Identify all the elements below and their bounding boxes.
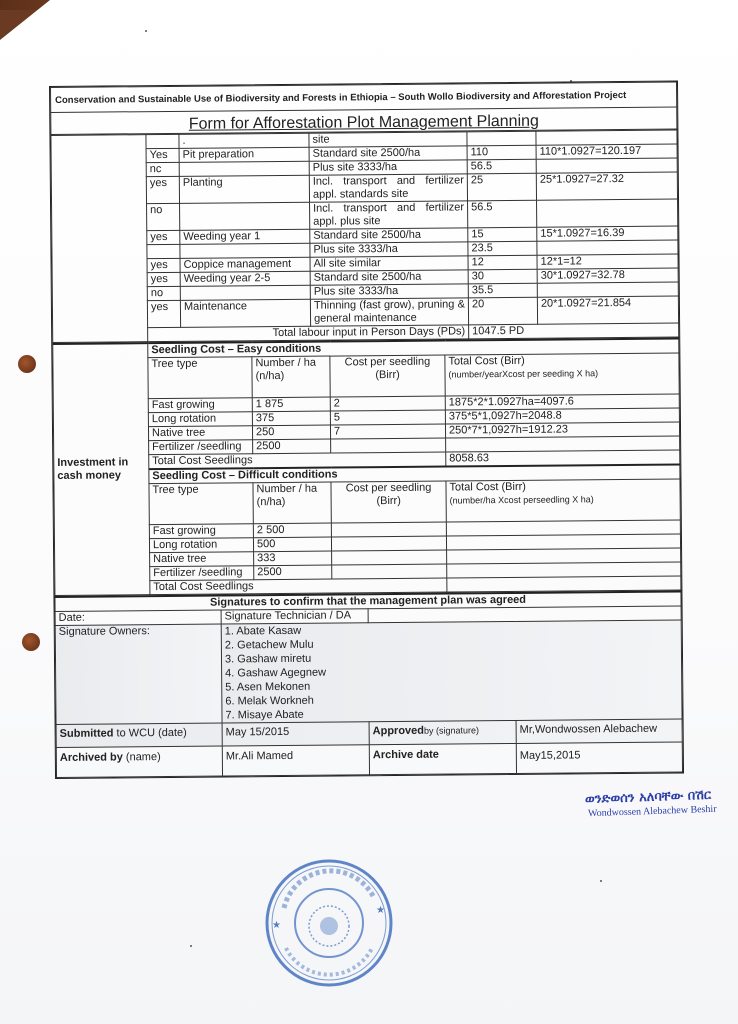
labour-site-partial: site (309, 132, 467, 147)
speck (190, 945, 192, 947)
seedling-cost: 5 (330, 410, 445, 425)
seedling-tree: Native tree (150, 552, 254, 567)
archived-label: Archived by (60, 751, 123, 764)
activity-name (180, 202, 310, 230)
date-label: Date: (55, 610, 221, 625)
activity-flag: yes (147, 230, 180, 244)
site-description: Incl. transport and fertilizer appl. plu… (310, 201, 468, 229)
site-description: Standard site 2500/ha (309, 146, 467, 161)
activity-flag: Yes (146, 148, 179, 162)
labour-section-label (51, 135, 148, 343)
pd-calculation (536, 158, 677, 173)
seedling-cost (331, 438, 446, 453)
col-number-per-ha: Number / ha (n/ha) (252, 356, 330, 398)
technician-label: Signature Technician / DA (221, 609, 368, 624)
owners-label: Signature Owners: (55, 624, 222, 724)
site-description: Incl. transport and fertilizer appl. sta… (309, 174, 467, 202)
seedling-cost: 7 (330, 424, 445, 439)
seedling-cost (332, 550, 447, 565)
activity-name (180, 243, 310, 258)
person-days: 23.5 (468, 241, 537, 256)
activity-flag: no (147, 286, 180, 300)
site-description: Plus site 3333/ha (309, 160, 467, 175)
approved-label: Approved (373, 725, 424, 737)
archived-by: Mr.Ali Mamed (222, 745, 369, 776)
person-days: 110 (467, 145, 536, 160)
seedling-tree: Fertilizer /seedling (150, 566, 254, 581)
seedling-number: 1 875 (252, 397, 330, 412)
col-tree-type: Tree type (149, 483, 253, 525)
person-days: 20 (468, 297, 537, 325)
seedling-cost: 2 (330, 396, 445, 411)
investment-section-label: Investment in cash money (53, 343, 150, 595)
col-cost-per-seedling: Cost per seedling (Birr) (331, 481, 446, 523)
col-total-cost: Total Cost (Birr)(number/yearXcost per s… (445, 353, 679, 396)
activity-name: Maintenance (180, 299, 310, 327)
form-header: Conservation and Sustainable Use of Biod… (50, 82, 677, 135)
owners-list: 1. Abate Kasaw2. Getachew Mulu3. Gashaw … (221, 620, 682, 723)
person-days: 35.5 (468, 283, 537, 298)
official-stamp-icon: ★ ★ (254, 858, 404, 988)
planning-form: Conservation and Sustainable Use of Biod… (49, 81, 684, 779)
pd-calculation: 15*1.0927=16.39 (537, 226, 678, 241)
activity-name (180, 285, 310, 300)
activity-flag: yes (146, 176, 179, 203)
site-description: Standard site 2500/ha (310, 270, 468, 285)
activity-flag: yes (147, 258, 180, 272)
col-tree-type: Tree type (148, 357, 252, 399)
pd-calculation: 20*1.0927=21.854 (537, 296, 678, 324)
activity-flag: yes (147, 300, 180, 327)
seedling-tree: Long rotation (149, 538, 253, 553)
seedling-tree: Fertilizer /seedling (149, 440, 253, 455)
submitted-label: Submitted (60, 727, 114, 739)
seedling-number: 2500 (254, 565, 332, 580)
pd-calculation: 30*1.0927=32.78 (537, 268, 678, 283)
seedling-number: 375 (252, 411, 330, 426)
seedling-cost (331, 536, 446, 551)
person-days: 56.5 (467, 159, 536, 174)
col-cost-per-seedling: Cost per seedling (Birr) (330, 355, 445, 397)
labour-table: . site YesPit preparationStandard site 2… (50, 130, 679, 343)
activity-flag: yes (147, 272, 180, 286)
site-description: Thinning (fast grow), pruning & general … (310, 298, 468, 326)
activity-name (179, 161, 309, 176)
archive-date-label: Archive date (369, 743, 516, 774)
activity-name: Weeding year 2-5 (180, 271, 310, 286)
archive-date: May15,2015 (516, 742, 682, 773)
labour-total-value: 1047.5 PD (469, 323, 679, 339)
pd-calculation (537, 282, 678, 297)
seedling-tree: Fast growing (149, 524, 253, 539)
activity-name: Coppice management (180, 257, 310, 272)
seedling-total-value (447, 576, 681, 592)
seedling-number: 500 (253, 537, 331, 552)
pd-calculation (537, 240, 678, 255)
person-days: 56.5 (468, 200, 537, 228)
pd-calculation (537, 199, 678, 227)
seedling-number: 2500 (253, 439, 331, 454)
svg-text:★: ★ (376, 905, 385, 916)
approved-by: Mr,Wondwossen Alebachew (516, 719, 682, 743)
speck (600, 880, 602, 882)
pd-calculation: 110*1.0927=120.197 (536, 144, 677, 159)
punch-hole (22, 633, 40, 651)
person-days: 30 (468, 269, 537, 284)
col-total-cost: Total Cost (Birr)(number/ha Xcost persee… (446, 479, 680, 522)
activity-name: Planting (179, 175, 309, 203)
investment-table: Investment in cash money Seedling Cost –… (52, 338, 681, 596)
person-days: 25 (467, 173, 536, 201)
site-description: All site similar (310, 256, 468, 271)
person-days: 12 (468, 255, 537, 270)
site-description: Plus site 3333/ha (310, 284, 468, 299)
pd-calculation: 25*1.0927=27.32 (536, 172, 677, 200)
seedling-tree: Long rotation (148, 412, 252, 427)
activity-flag: nc (146, 162, 179, 176)
seedling-number: 333 (254, 551, 332, 566)
activity-flag: no (147, 203, 180, 230)
activity-name: Weeding year 1 (180, 229, 310, 244)
pd-calculation: 12*1=12 (537, 254, 678, 269)
activity-name: Pit preparation (179, 147, 309, 162)
seedling-cost (332, 564, 447, 579)
col-number-per-ha: Number / ha (n/ha) (253, 482, 331, 524)
person-days: 15 (468, 227, 537, 242)
punch-hole (18, 355, 36, 373)
signature-table: Signatures to confirm that the managemen… (54, 591, 683, 778)
seedling-tree: Native tree (148, 426, 252, 441)
site-description: Plus site 3333/ha (310, 242, 468, 257)
submitted-date: May 15/2015 (222, 722, 369, 746)
seedling-tree: Fast growing (148, 398, 252, 413)
activity-flag (147, 244, 180, 258)
site-description: Standard site 2500/ha (310, 228, 468, 243)
seedling-number: 2 500 (253, 523, 331, 538)
svg-text:★: ★ (272, 920, 281, 931)
seedling-cost (331, 522, 446, 537)
seedling-number: 250 (252, 425, 330, 440)
speck (145, 30, 147, 32)
